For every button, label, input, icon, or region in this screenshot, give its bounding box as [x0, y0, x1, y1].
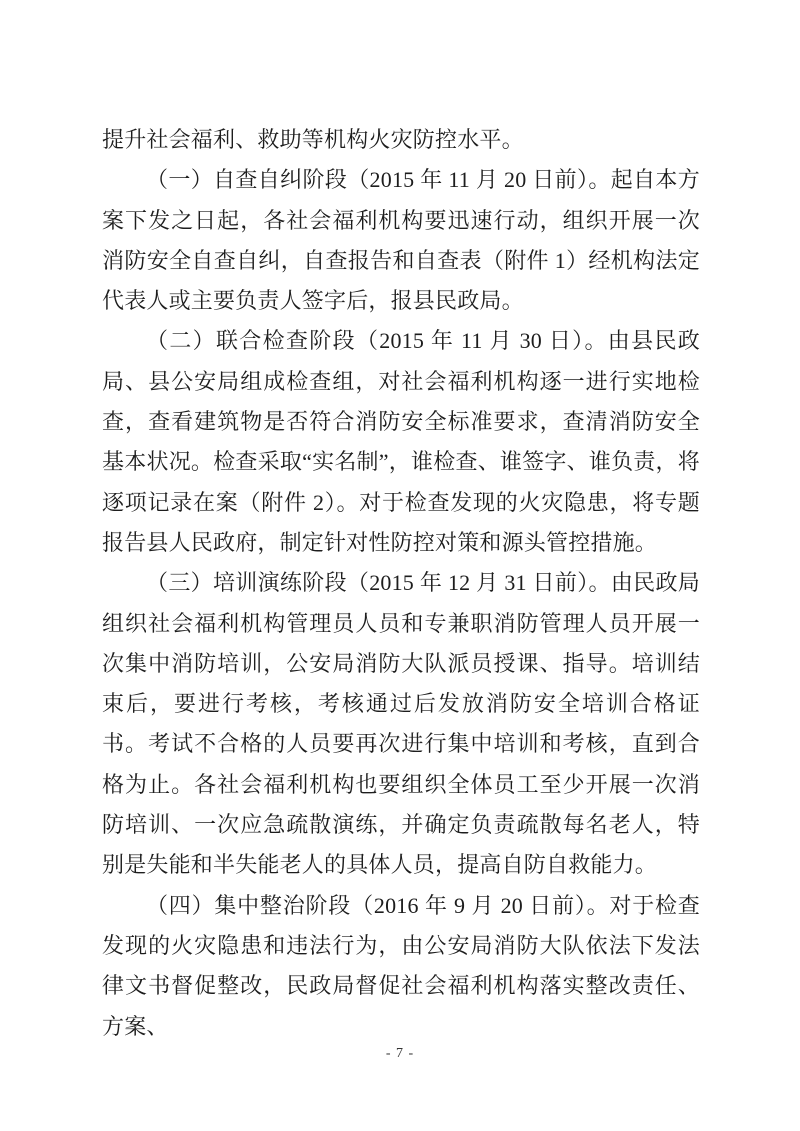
page-number: - 7 -	[0, 1046, 800, 1062]
document-body: 提升社会福利、救助等机构火灾防控水平。 （一）自查自纠阶段（2015 年 11 …	[102, 120, 700, 1047]
paragraph-stage-3-training-drill: （三）培训演练阶段（2015 年 12 月 31 日前）。由民政局组织社会福利机…	[102, 563, 700, 885]
paragraph-continuation: 提升社会福利、救助等机构火灾防控水平。	[102, 120, 700, 160]
paragraph-stage-4-concentrated-rectification: （四）集中整治阶段（2016 年 9 月 20 日前）。对于检查发现的火灾隐患和…	[102, 886, 700, 1047]
paragraph-stage-1-self-inspection: （一）自查自纠阶段（2015 年 11 月 20 日前）。起自本方案下发之日起，…	[102, 160, 700, 321]
paragraph-stage-2-joint-inspection: （二）联合检查阶段（2015 年 11 月 30 日）。由县民政局、县公安局组成…	[102, 321, 700, 563]
document-page: 提升社会福利、救助等机构火灾防控水平。 （一）自查自纠阶段（2015 年 11 …	[0, 0, 800, 1131]
